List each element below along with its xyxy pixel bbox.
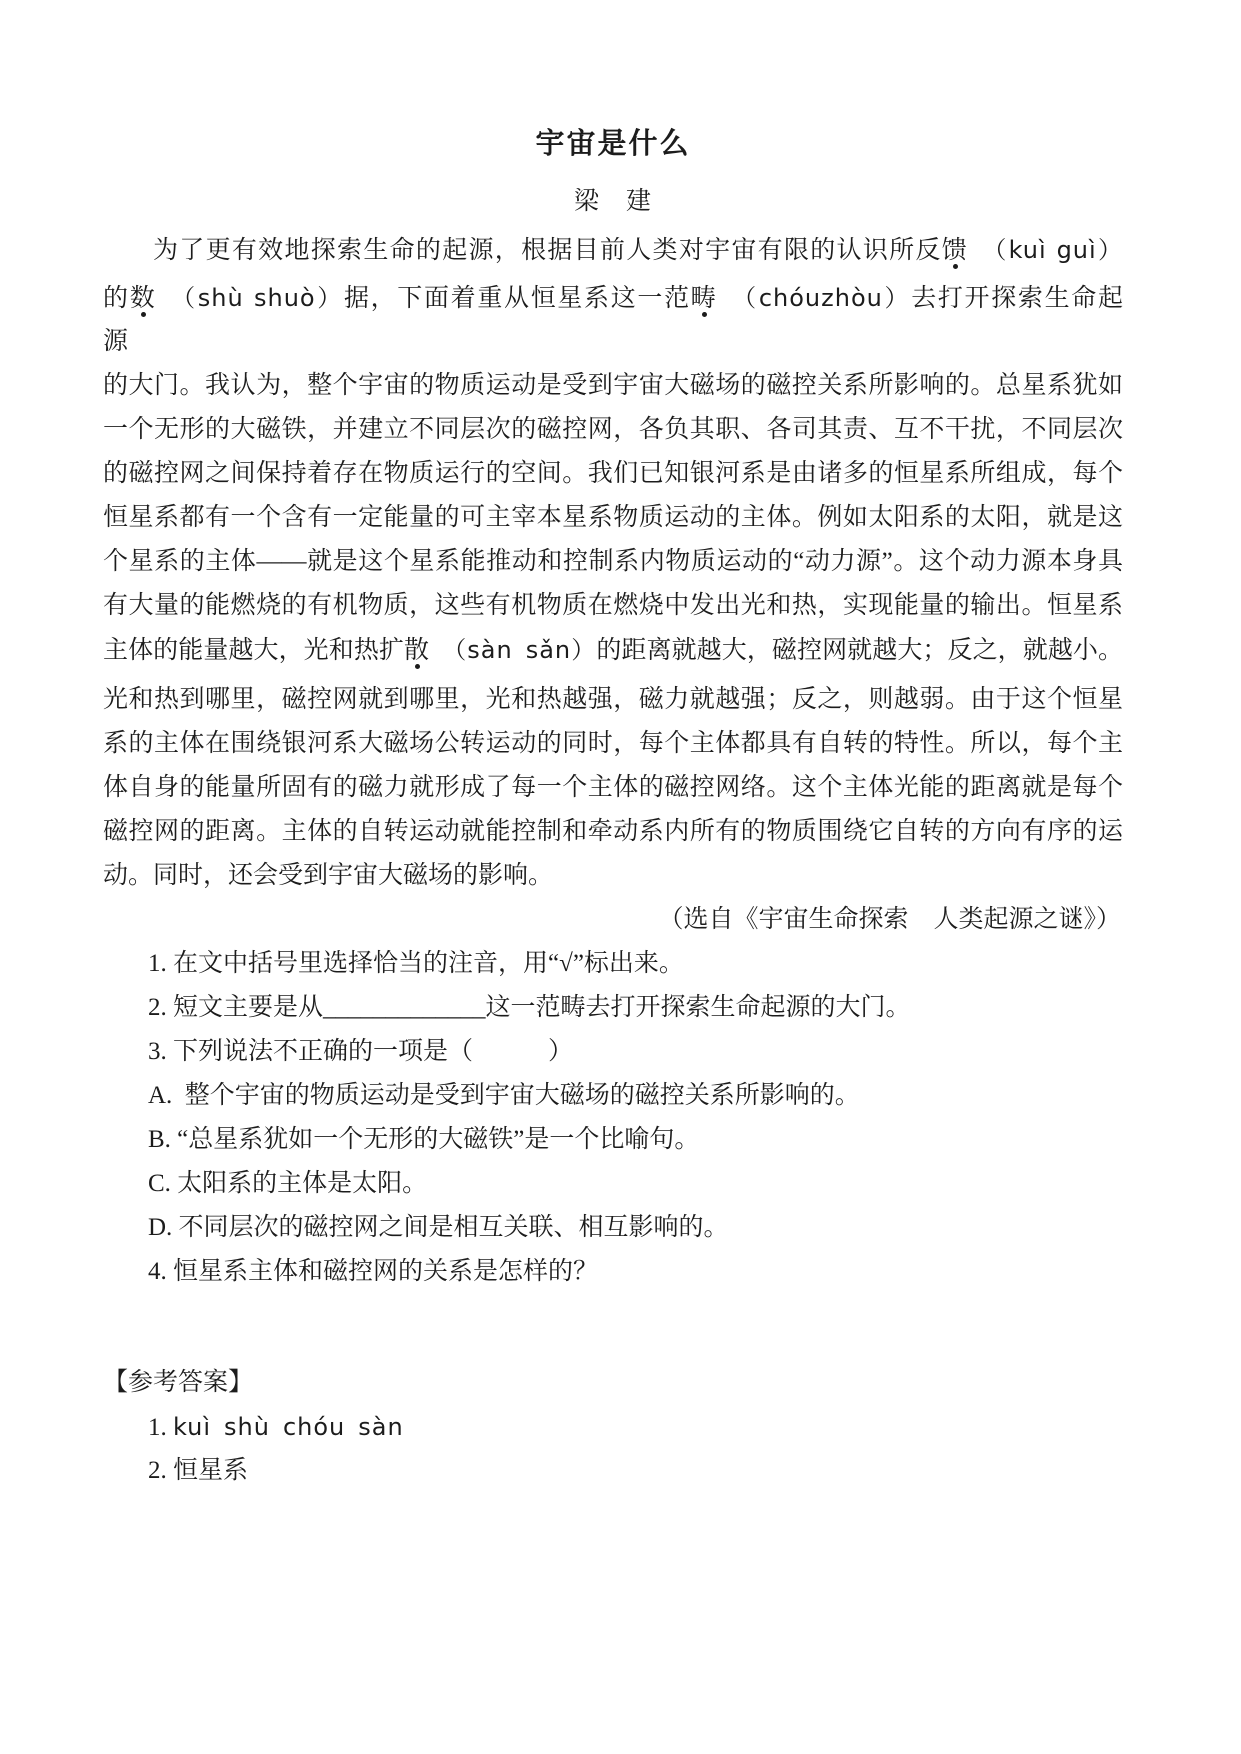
text-segment: 1. (148, 1414, 173, 1441)
pinyin-text: （sàn sǎn） (454, 636, 596, 664)
text-segment: 源 (103, 328, 128, 355)
pinyin-text: （kuì guì） (994, 236, 1123, 264)
passage-line: 的数 （shù shuò）据，下面着重从恒星系这一范畴 （chóuzhòu）去打… (103, 276, 1123, 320)
text-segment: 据，下面着重从恒星系这一范 (344, 285, 691, 312)
text-segment: 1. 在文中括号里选择恰当的注音，用“√”标出来。 (148, 950, 684, 977)
emphasized-char: 数 (130, 285, 157, 312)
answers-section: 1. kuì shù chóu sàn2. 恒星系 (103, 1405, 1123, 1493)
text-segment: 的大门。我认为，整个宇宙的物质运动是受到宇宙大磁场的磁控关系所影响的。总星系犹如 (103, 372, 1123, 399)
question-item: 4. 恒星系主体和磁控网的关系是怎样的？ (103, 1250, 1123, 1294)
text-segment: B. “总星系犹如一个无形的大磁铁”是一个比喻句。 (148, 1126, 699, 1153)
text-segment: 的磁控网之间保持着存在物质运行的空间。我们已知银河系是由诸多的恒星系所组成，每个 (103, 460, 1123, 487)
text-segment: 个星系的主体——就是这个星系能推动和控制系内物质运动的“动力源”。这个动力源本身… (103, 548, 1123, 575)
author-name: 梁 建 (103, 180, 1123, 224)
pinyin-text: （shù shuò） (183, 284, 344, 312)
text-segment: 去打开探索生命起 (911, 285, 1123, 312)
question-item: A. 整个宇宙的物质运动是受到宇宙大磁场的磁控关系所影响的。 (103, 1074, 1123, 1118)
emphasized-char: 馈 (942, 237, 968, 264)
text-segment (717, 285, 744, 312)
text-segment: C. 太阳系的主体是太阳。 (148, 1170, 427, 1197)
source-attribution: （选自《宇宙生命探索 人类起源之谜》） (103, 898, 1123, 942)
question-item: 3. 下列说法不正确的一项是（ ） (103, 1030, 1123, 1074)
passage-line: 光和热到哪里，磁控网就到哪里，光和热越强，磁力就越强；反之，则越弱。由于这个恒星 (103, 678, 1123, 722)
questions-section: 1. 在文中括号里选择恰当的注音，用“√”标出来。2. 短文主要是从______… (103, 942, 1123, 1294)
passage-line: 有大量的能燃烧的有机物质，这些有机物质在燃烧中发出光和热，实现能量的输出。恒星系 (103, 584, 1123, 628)
text-segment: 系的主体在围绕银河系大磁场公转运动的同时，每个主体都具有自转的特性。所以，每个主 (103, 730, 1123, 757)
text-segment: 主体的能量越大，光和热扩 (103, 637, 404, 664)
text-segment: 体自身的能量所固有的磁力就形成了每一个主体的磁控网络。这个主体光能的距离就是每个 (103, 774, 1123, 801)
passage-line: 动。同时，还会受到宇宙大磁场的影响。 (103, 854, 1123, 898)
text-segment: 恒星系都有一个含有一定能量的可主宰本星系物质运动的主体。例如太阳系的太阳，就是这 (103, 504, 1123, 531)
text-segment (429, 637, 454, 664)
text-segment (968, 237, 994, 264)
text-segment: 4. 恒星系主体和磁控网的关系是怎样的？ (148, 1258, 598, 1285)
text-segment: 为了更有效地探索生命的起源，根据目前人类对宇宙有限的认识所反 (153, 237, 942, 264)
text-segment: 光和热到哪里，磁控网就到哪里，光和热越强，磁力就越强；反之，则越弱。由于这个恒星 (103, 686, 1123, 713)
document-page: 宇宙是什么 梁 建 为了更有效地探索生命的起源，根据目前人类对宇宙有限的认识所反… (0, 0, 1241, 1754)
pinyin-text: kuì shù chóu sàn (173, 1413, 404, 1441)
question-item: B. “总星系犹如一个无形的大磁铁”是一个比喻句。 (103, 1118, 1123, 1162)
document-content: 宇宙是什么 梁 建 为了更有效地探索生命的起源，根据目前人类对宇宙有限的认识所反… (103, 120, 1123, 1493)
text-segment: 的 (103, 285, 130, 312)
page-title: 宇宙是什么 (103, 120, 1123, 168)
text-segment: 3. 下列说法不正确的一项是（ ） (148, 1038, 573, 1065)
emphasized-char: 畴 (691, 285, 718, 312)
answers-header: 【参考答案】 (103, 1361, 1123, 1405)
passage-line: 主体的能量越大，光和热扩散 （sàn sǎn）的距离就越大，磁控网就越大；反之，… (103, 628, 1123, 672)
text-segment (156, 285, 183, 312)
passage-line: 一个无形的大磁铁，并建立不同层次的磁控网，各负其职、各司其责、互不干扰，不同层次 (103, 408, 1123, 452)
question-item: 1. 在文中括号里选择恰当的注音，用“√”标出来。 (103, 942, 1123, 986)
emphasized-char: 散 (404, 637, 429, 664)
passage-line: 为了更有效地探索生命的起源，根据目前人类对宇宙有限的认识所反馈 （kuì guì… (103, 228, 1123, 272)
passage-line: 磁控网的距离。主体的自转运动就能控制和牵动系内所有的物质围绕它自转的方向有序的运 (103, 810, 1123, 854)
text-segment: A. 整个宇宙的物质运动是受到宇宙大磁场的磁控关系所影响的。 (148, 1082, 860, 1109)
passage-line: 的大门。我认为，整个宇宙的物质运动是受到宇宙大磁场的磁控关系所影响的。总星系犹如 (103, 364, 1123, 408)
question-item: D. 不同层次的磁控网之间是相互关联、相互影响的。 (103, 1206, 1123, 1250)
passage-body: 为了更有效地探索生命的起源，根据目前人类对宇宙有限的认识所反馈 （kuì guì… (103, 228, 1123, 898)
passage-line: 体自身的能量所固有的磁力就形成了每一个主体的磁控网络。这个主体光能的距离就是每个 (103, 766, 1123, 810)
text-segment: 2. 短文主要是从_____________这一范畴去打开探索生命起源的大门。 (148, 994, 911, 1021)
text-segment: 磁控网的距离。主体的自转运动就能控制和牵动系内所有的物质围绕它自转的方向有序的运 (103, 818, 1123, 845)
answer-item: 1. kuì shù chóu sàn (103, 1405, 1123, 1449)
text-segment: 的距离就越大，磁控网就越大；反之，就越小。 (596, 637, 1123, 664)
text-segment: D. 不同层次的磁控网之间是相互关联、相互影响的。 (148, 1214, 729, 1241)
text-segment: 一个无形的大磁铁，并建立不同层次的磁控网，各负其职、各司其责、互不干扰，不同层次 (103, 416, 1123, 443)
answer-item: 2. 恒星系 (103, 1449, 1123, 1493)
text-segment: 动。同时，还会受到宇宙大磁场的影响。 (103, 862, 553, 889)
pinyin-text: （chóuzhòu） (744, 284, 911, 312)
passage-line: 个星系的主体——就是这个星系能推动和控制系内物质运动的“动力源”。这个动力源本身… (103, 540, 1123, 584)
text-segment: 有大量的能燃烧的有机物质，这些有机物质在燃烧中发出光和热，实现能量的输出。恒星系 (103, 592, 1123, 619)
question-item: C. 太阳系的主体是太阳。 (103, 1162, 1123, 1206)
question-item: 2. 短文主要是从_____________这一范畴去打开探索生命起源的大门。 (103, 986, 1123, 1030)
passage-line: 源 (103, 320, 1123, 364)
passage-line: 的磁控网之间保持着存在物质运行的空间。我们已知银河系是由诸多的恒星系所组成，每个 (103, 452, 1123, 496)
text-segment: 2. 恒星系 (148, 1457, 248, 1484)
passage-line: 恒星系都有一个含有一定能量的可主宰本星系物质运动的主体。例如太阳系的太阳，就是这 (103, 496, 1123, 540)
passage-line: 系的主体在围绕银河系大磁场公转运动的同时，每个主体都具有自转的特性。所以，每个主 (103, 722, 1123, 766)
